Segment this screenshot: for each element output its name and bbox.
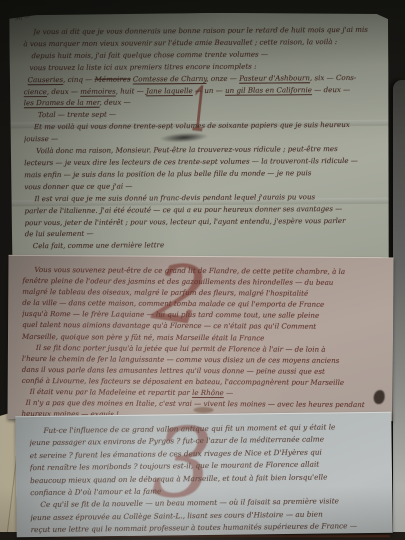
letter-page-3: 3 Fut-ce l'influence de ce grand vallon …: [15, 412, 392, 538]
page-3-text: Fut-ce l'influence de ce grand vallon an…: [29, 421, 384, 537]
manuscript-line: à vous marquer mon vieux souvenir sur l'…: [23, 36, 380, 50]
manuscript-line: Cela fait, comme une dernière lettre: [33, 238, 382, 252]
archival-notation: Mf —: [15, 14, 31, 22]
album-page-edge: [393, 80, 405, 540]
letter-page-2: 2 Vous vous souvenez peut-être de ce gra…: [8, 255, 394, 421]
manuscript-line: lecteurs — je veux dire les lecteurs de …: [24, 155, 381, 169]
page-2-text: Vous vous souvenez peut-être de ce grand…: [22, 264, 386, 422]
edge-smudge: [194, 407, 214, 413]
letter-page-1: Mf — 1 Je vous ai dit que je vous donner…: [9, 12, 390, 263]
photo-of-handwritten-letter: Mf — 1 Je vous ai dit que je vous donner…: [0, 0, 405, 540]
